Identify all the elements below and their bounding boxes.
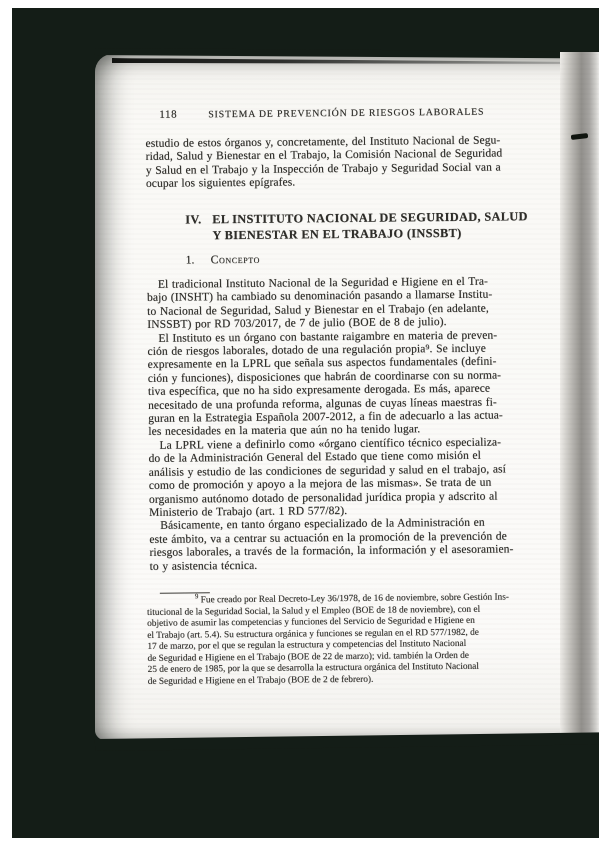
- subsection-number: 1.: [186, 253, 211, 267]
- body-paragraph: El Instituto es un órgano con bastante r…: [147, 328, 599, 440]
- page-content: 118 SISTEMA DE PREVENCIÓN DE RIESGOS LAB…: [0, 0, 599, 848]
- body-paragraph: El tradicional Instituto Nacional de la …: [147, 275, 599, 333]
- body-paragraphs: El tradicional Instituto Nacional de la …: [147, 275, 599, 574]
- footnote-text: Fue creado por Real Decreto-Ley 36/1978,…: [147, 592, 509, 686]
- scanned-book-page: 118 SISTEMA DE PREVENCIÓN DE RIESGOS LAB…: [0, 0, 599, 848]
- running-title: SISTEMA DE PREVENCIÓN DE RIESGOS LABORAL…: [145, 106, 547, 121]
- subsection-title: Concepto: [211, 253, 260, 266]
- footnote-marker: 9: [195, 593, 198, 600]
- body-paragraph: La LPRL viene a definirlo como «órgano c…: [148, 435, 599, 520]
- body-paragraph: Básicamente, en tanto órgano especializa…: [149, 516, 599, 574]
- footnote-separator-rule: [160, 592, 210, 594]
- subsection-heading: 1.Concepto: [186, 251, 486, 268]
- section-numeral: IV.: [185, 212, 201, 228]
- footnote: 9 Fue creado por Real Decreto-Ley 36/197…: [147, 592, 572, 688]
- section-title: EL INSTITUTO NACIONAL DE SEGURIDAD, SALU…: [185, 209, 585, 244]
- intro-paragraph: estudio de estos órganos y, concretament…: [145, 134, 597, 192]
- section-heading: IV. EL INSTITUTO NACIONAL DE SEGURIDAD, …: [185, 209, 585, 244]
